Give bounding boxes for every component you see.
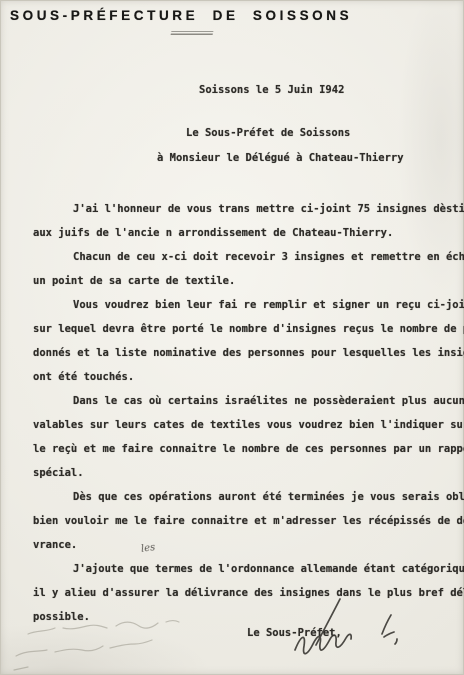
sender-line: Le Sous-Préfet de Soissons <box>186 127 350 139</box>
letterhead-title: SOUS-PRÉFECTURE DE SOISSONS <box>10 8 352 23</box>
body-line: J'ai l'honneur de vous trans mettre ci-j… <box>33 197 464 221</box>
signature-scrawl-icon <box>283 596 413 670</box>
body-line: valables sur leurs cates de textiles vou… <box>33 413 464 437</box>
body-line: donnés et la liste nominative des person… <box>33 341 464 365</box>
body-line: sur lequel devra être porté le nombre d'… <box>33 317 464 341</box>
pencil-annotation <box>8 618 233 674</box>
body-line: un point de sa carte de textile. <box>33 269 464 293</box>
handwritten-insertion: les <box>140 542 155 555</box>
letter-body: J'ai l'honneur de vous trans mettre ci-j… <box>33 197 464 629</box>
body-line: bien vouloir me le faire connaitre et m'… <box>33 509 464 533</box>
recipient-line: à Monsieur le Délégué à Chateau-Thierry <box>157 152 404 164</box>
body-line: Vous voudrez bien leur fai re remplir et… <box>33 293 464 317</box>
body-line: spécial. <box>33 461 464 485</box>
body-line: aux juifs de l'ancie n arrondissement de… <box>33 221 464 245</box>
body-line: Dans le cas où certains israélites ne po… <box>33 389 464 413</box>
body-line: J'ajoute que termes de l'ordonnance alle… <box>33 557 464 581</box>
body-line: Chacun de ceu x-ci doit recevoir 3 insig… <box>33 245 464 269</box>
body-line: ont été touchés. <box>33 365 464 389</box>
body-line: le reçù et me faire connaitre le nombre … <box>33 437 464 461</box>
letterhead-rule <box>171 31 214 35</box>
body-line: vrance. <box>33 533 464 557</box>
dateline: Soissons le 5 Juin I942 <box>199 84 344 96</box>
body-line: Dès que ces opérations auront été termin… <box>33 485 464 509</box>
